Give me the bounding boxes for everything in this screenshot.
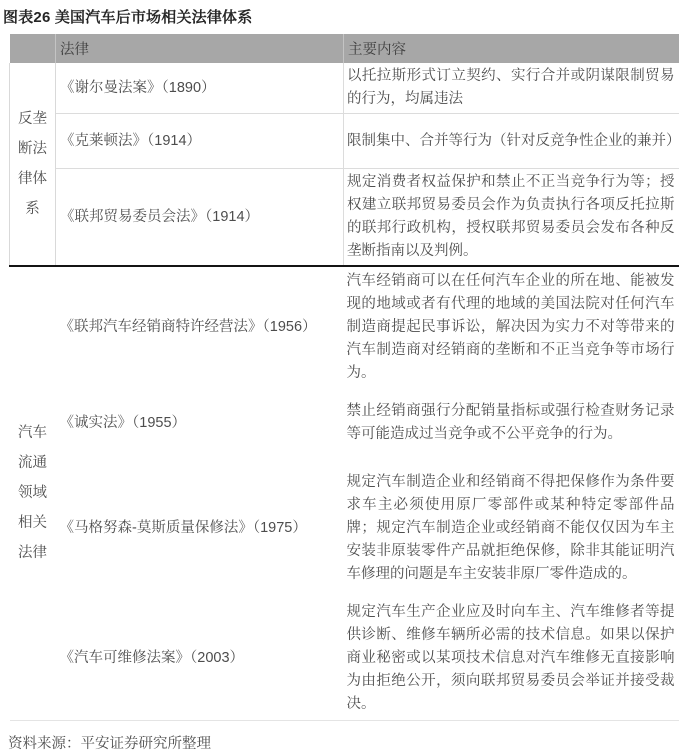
header-cell-category [10,34,56,63]
header-cell-law: 法律 [56,34,344,63]
table-row-dealer-franchise-act: 汽车流通领域相关法律 《联邦汽车经销商特许经营法》（1956） 汽车经销商可以在… [10,266,679,388]
law-content-cell: 禁止经销商强行分配销量指标或强行检查财务记录等可能造成过当竞争或不公平竞争的行为… [344,388,679,458]
law-table: 法律 主要内容 反垄断法律体系 《谢尔曼法案》（1890） 以托拉斯形式订立契约… [9,34,679,721]
category-cell-auto-distribution: 汽车流通领域相关法律 [10,266,56,720]
table-row-ftc-act: 《联邦贸易委员会法》（1914） 规定消费者权益保护和禁止不正当竞争行为等；授权… [10,169,679,267]
law-content-cell: 限制集中、合并等行为（针对反竞争性企业的兼并） [344,114,679,169]
table-row-sherman: 反垄断法律体系 《谢尔曼法案》（1890） 以托拉斯形式订立契约、实行合并或阴谋… [10,63,679,114]
table-header-row: 法律 主要内容 [10,34,679,63]
law-content-cell: 规定消费者权益保护和禁止不正当竞争行为等；授权建立联邦贸易委员会作为负责执行各项… [344,169,679,267]
category-cell-antitrust: 反垄断法律体系 [10,63,56,266]
law-name-cell: 《马格努森-莫斯质量保修法》（1975） [56,458,344,598]
law-name-cell: 《谢尔曼法案》（1890） [56,63,344,114]
law-name-cell: 《联邦贸易委员会法》（1914） [56,169,344,267]
figure-title: 图表26 美国汽车后市场相关法律体系 [0,0,679,34]
law-name-cell: 《汽车可维修法案》（2003） [56,598,344,720]
law-name-cell: 《诚实法》（1955） [56,388,344,458]
law-content-cell: 汽车经销商可以在任何汽车企业的所在地、能被发现的地域或者有代理的地域的美国法院对… [344,266,679,388]
law-content-cell: 规定汽车生产企业应及时向车主、汽车维修者等提供诊断、维修车辆所必需的技术信息。如… [344,598,679,720]
table-row-clayton: 《克莱顿法》（1914） 限制集中、合并等行为（针对反竞争性企业的兼并） [10,114,679,169]
table-row-honesty-act: 《诚实法》（1955） 禁止经销商强行分配销量指标或强行检查财务记录等可能造成过… [10,388,679,458]
law-content-cell: 以托拉斯形式订立契约、实行合并或阴谋限制贸易的行为，均属违法 [344,63,679,114]
table-row-right-to-repair: 《汽车可维修法案》（2003） 规定汽车生产企业应及时向车主、汽车维修者等提供诊… [10,598,679,720]
law-name-cell: 《联邦汽车经销商特许经营法》（1956） [56,266,344,388]
section-antitrust: 反垄断法律体系 《谢尔曼法案》（1890） 以托拉斯形式订立契约、实行合并或阴谋… [10,63,679,266]
section-auto-distribution: 汽车流通领域相关法律 《联邦汽车经销商特许经营法》（1956） 汽车经销商可以在… [10,266,679,720]
law-content-cell: 规定汽车制造企业和经销商不得把保修作为条件要求车主必须使用原厂零部件或某种特定零… [344,458,679,598]
table-row-magnuson-moss: 《马格努森-莫斯质量保修法》（1975） 规定汽车制造企业和经销商不得把保修作为… [10,458,679,598]
law-name-cell: 《克莱顿法》（1914） [56,114,344,169]
header-cell-content: 主要内容 [344,34,679,63]
report-figure-block: 图表26 美国汽车后市场相关法律体系 法律 主要内容 反垄断法律体系 《谢尔曼法… [0,0,679,753]
